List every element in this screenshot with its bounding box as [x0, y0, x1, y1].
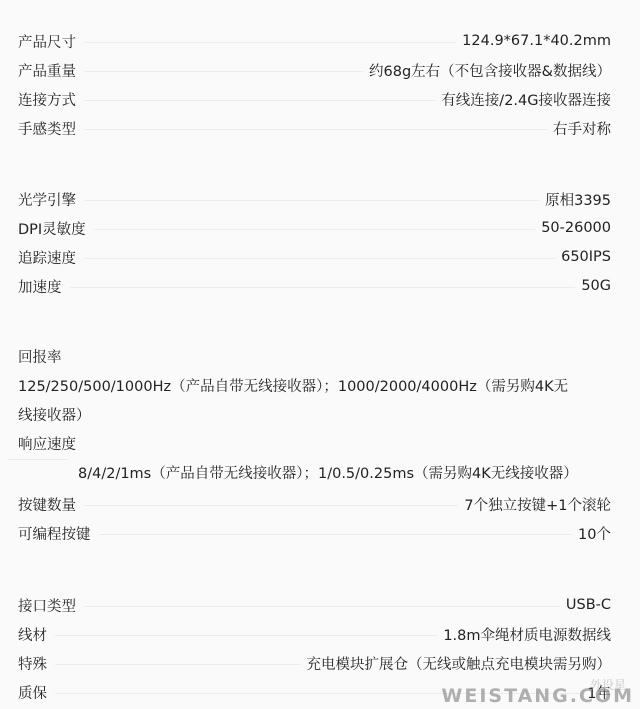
spec-label: 质保: [18, 682, 47, 703]
spec-value: 650IPS: [561, 249, 611, 265]
leader-line: [84, 200, 539, 201]
spec-row-dpi: DPI灵敏度 50-26000: [18, 217, 611, 239]
spec-row-special: 特殊 充电模块扩展仓（无线或触点充电模块需另购）: [18, 652, 611, 674]
spec-value: 124.9*67.1*40.2mm: [462, 33, 611, 49]
spec-row-buttons: 按键数量 7个独立按键+1个滚轮: [18, 493, 611, 515]
spec-label: 特殊: [18, 653, 47, 674]
leader-line: [55, 635, 437, 636]
leader-line: [70, 287, 576, 288]
spec-value: 1年: [587, 682, 611, 703]
spec-value: 约68g左右（不包含接收器&数据线）: [369, 60, 611, 81]
leader-line: [84, 505, 458, 506]
leader-line: [84, 606, 560, 607]
spec-row-connection: 连接方式 有线连接/2.4G接收器连接: [18, 88, 611, 110]
spec-row-port: 接口类型 USB-C: [18, 594, 611, 616]
spec-label: 产品重量: [18, 60, 76, 81]
spec-row-sensor: 光学引擎 原相3395: [18, 188, 611, 210]
spec-label: 光学引擎: [18, 189, 76, 210]
spec-row-acceleration: 加速度 50G: [18, 275, 611, 297]
leader-line: [84, 129, 547, 130]
spec-label: 追踪速度: [18, 247, 76, 268]
spec-label: 可编程按键: [18, 523, 91, 544]
short-divider: [8, 459, 68, 460]
spec-row-grip: 手感类型 右手对称: [18, 117, 611, 139]
polling-rate-label: 回报率: [18, 347, 62, 369]
spec-row-size: 产品尺寸 124.9*67.1*40.2mm: [18, 30, 611, 52]
spec-row-weight: 产品重量 约68g左右（不包含接收器&数据线）: [18, 59, 611, 81]
spec-value: 有线连接/2.4G接收器连接: [441, 89, 611, 110]
spec-sheet: 产品尺寸 124.9*67.1*40.2mm 产品重量 约68g左右（不包含接收…: [0, 0, 640, 709]
spec-value: 7个独立按键+1个滚轮: [464, 494, 611, 515]
spec-row-warranty: 质保 1年: [18, 681, 611, 703]
spec-value: 50-26000: [541, 220, 611, 236]
spec-label: 加速度: [18, 276, 62, 297]
leader-line: [99, 534, 573, 535]
spec-label: 按键数量: [18, 494, 76, 515]
spec-value: 10个: [578, 523, 611, 544]
spec-label: 接口类型: [18, 595, 76, 616]
spec-label: 连接方式: [18, 89, 76, 110]
leader-line: [84, 258, 555, 259]
response-label: 响应速度: [18, 434, 76, 456]
polling-rate-value-line1: 125/250/500/1000Hz（产品自带无线接收器）；1000/2000/…: [18, 376, 568, 398]
leader-line: [84, 42, 456, 43]
spec-row-programmable: 可编程按键 10个: [18, 522, 611, 544]
response-value: 8/4/2/1ms（产品自带无线接收器）；1/0.5/0.25ms（需另购4K无…: [78, 463, 578, 485]
spec-value: USB-C: [566, 597, 611, 613]
spec-label: DPI灵敏度: [18, 218, 86, 239]
spec-row-tracking: 追踪速度 650IPS: [18, 246, 611, 268]
spec-row-cable: 线材 1.8m伞绳材质电源数据线: [18, 623, 611, 645]
leader-line: [84, 71, 363, 72]
spec-label: 产品尺寸: [18, 31, 76, 52]
leader-line: [84, 100, 435, 101]
spec-value: 50G: [581, 278, 611, 294]
leader-line: [94, 229, 536, 230]
spec-value: 原相3395: [545, 189, 611, 210]
leader-line: [55, 664, 301, 665]
leader-line: [55, 693, 581, 694]
polling-rate-value-line2: 线接收器）: [18, 405, 91, 427]
spec-value: 充电模块扩展仓（无线或触点充电模块需另购）: [307, 653, 612, 674]
spec-value: 1.8m伞绳材质电源数据线: [443, 624, 611, 645]
spec-label: 线材: [18, 624, 47, 645]
spec-label: 手感类型: [18, 118, 76, 139]
spec-value: 右手对称: [553, 118, 611, 139]
